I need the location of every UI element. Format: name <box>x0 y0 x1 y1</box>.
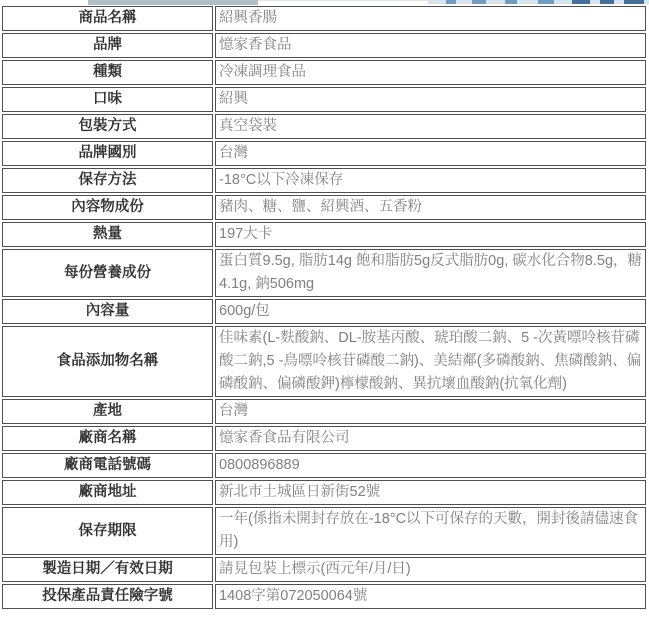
spec-label: 口味 <box>2 87 213 112</box>
spec-value: 憶家香食品 <box>215 33 646 58</box>
spec-label: 商品名稱 <box>2 6 213 31</box>
spec-value: 一年(係指未開封存放在-18°C以下可保存的天數，開封後請儘速食用) <box>215 507 646 555</box>
spec-value: 新北市土城區日新街52號 <box>215 480 646 505</box>
table-row: 每份營養成份 蛋白質9.5g, 脂肪14g 飽和脂肪5g反式脂肪0g, 碳水化合… <box>2 249 646 297</box>
table-row: 內容量 600g/包 <box>2 299 646 324</box>
table-row: 保存方法 -18°C以下冷凍保存 <box>2 168 646 193</box>
spec-label: 廠商名稱 <box>2 426 213 451</box>
spec-label: 內容物成份 <box>2 195 213 220</box>
spec-value: 台灣 <box>215 399 646 424</box>
spec-label: 廠商電話號碼 <box>2 453 213 478</box>
spec-label: 食品添加物名稱 <box>2 326 213 397</box>
spec-value: 豬肉、糖、鹽、紹興酒、五香粉 <box>215 195 646 220</box>
table-row: 包裝方式 真空袋裝 <box>2 114 646 139</box>
spec-value: 紹興香腸 <box>215 6 646 31</box>
table-row: 口味 紹興 <box>2 87 646 112</box>
spec-label: 產地 <box>2 399 213 424</box>
table-row: 廠商名稱 憶家香食品有限公司 <box>2 426 646 451</box>
table-row: 保存期限 一年(係指未開封存放在-18°C以下可保存的天數，開封後請儘速食用) <box>2 507 646 555</box>
spec-label: 每份營養成份 <box>2 249 213 297</box>
spec-label: 內容量 <box>2 299 213 324</box>
product-spec-table: 商品名稱 紹興香腸 品牌 憶家香食品 種類 冷凍調理食品 口味 紹興 包裝方式 … <box>0 4 648 611</box>
table-row: 品牌 憶家香食品 <box>2 33 646 58</box>
spec-label: 品牌 <box>2 33 213 58</box>
spec-value: 蛋白質9.5g, 脂肪14g 飽和脂肪5g反式脂肪0g, 碳水化合物8.5g，糖… <box>215 249 646 297</box>
table-row: 廠商地址 新北市土城區日新街52號 <box>2 480 646 505</box>
spec-label: 品牌國別 <box>2 141 213 166</box>
table-row: 內容物成份 豬肉、糖、鹽、紹興酒、五香粉 <box>2 195 646 220</box>
spec-label: 製造日期／有效日期 <box>2 557 213 582</box>
table-row: 投保產品責任險字號 1408字第072050064號 <box>2 584 646 609</box>
spec-label: 廠商地址 <box>2 480 213 505</box>
spec-label: 保存期限 <box>2 507 213 555</box>
table-row: 商品名稱 紹興香腸 <box>2 6 646 31</box>
spec-value: 請見包裝上標示(西元年/月/日) <box>215 557 646 582</box>
spec-value: 197大卡 <box>215 222 646 247</box>
table-row: 種類 冷凍調理食品 <box>2 60 646 85</box>
spec-label: 保存方法 <box>2 168 213 193</box>
cropped-image-fragment <box>258 0 428 1</box>
spec-value: 600g/包 <box>215 299 646 324</box>
table-row: 廠商電話號碼 0800896889 <box>2 453 646 478</box>
table-row: 製造日期／有效日期 請見包裝上標示(西元年/月/日) <box>2 557 646 582</box>
spec-value: 佳味素(L-麩酸鈉、DL-胺基丙酸、琥珀酸二鈉、5 -次黃嘌呤核苷磷酸二鈉,5 … <box>215 326 646 397</box>
table-row: 品牌國別 台灣 <box>2 141 646 166</box>
spec-value: 紹興 <box>215 87 646 112</box>
table-row: 熱量 197大卡 <box>2 222 646 247</box>
spec-value: 1408字第072050064號 <box>215 584 646 609</box>
spec-label: 投保產品責任險字號 <box>2 584 213 609</box>
spec-label: 種類 <box>2 60 213 85</box>
spec-label: 包裝方式 <box>2 114 213 139</box>
table-row: 產地 台灣 <box>2 399 646 424</box>
spec-value: -18°C以下冷凍保存 <box>215 168 646 193</box>
spec-value: 憶家香食品有限公司 <box>215 426 646 451</box>
spec-value: 台灣 <box>215 141 646 166</box>
spec-value: 冷凍調理食品 <box>215 60 646 85</box>
spec-value: 真空袋裝 <box>215 114 646 139</box>
table-row: 食品添加物名稱 佳味素(L-麩酸鈉、DL-胺基丙酸、琥珀酸二鈉、5 -次黃嘌呤核… <box>2 326 646 397</box>
spec-value: 0800896889 <box>215 453 646 478</box>
spec-label: 熱量 <box>2 222 213 247</box>
